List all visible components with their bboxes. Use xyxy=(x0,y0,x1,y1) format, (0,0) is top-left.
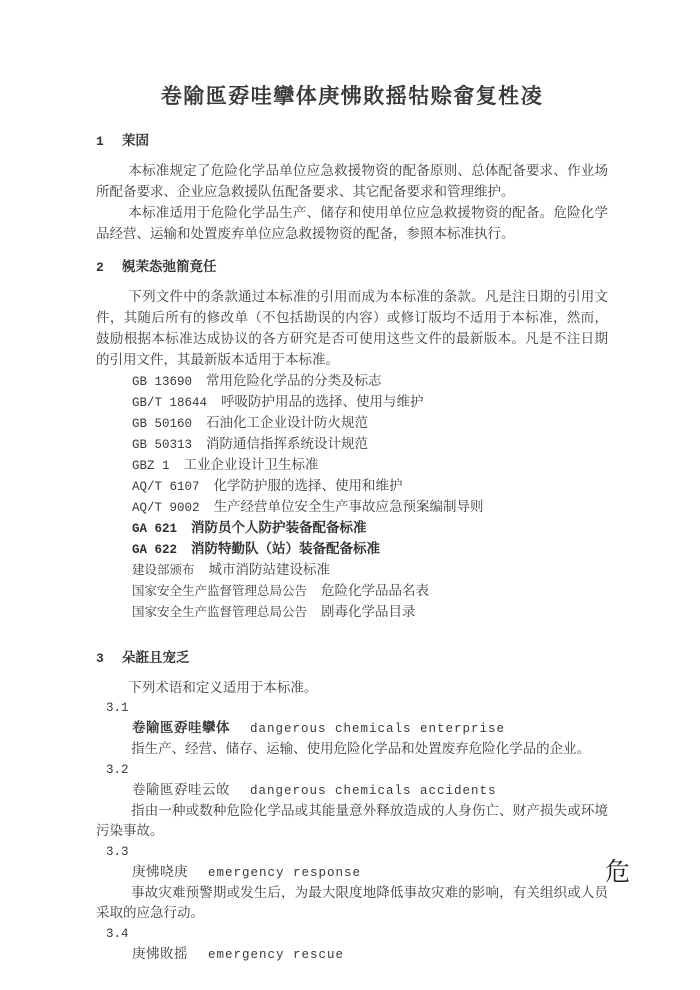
page-corner-character: 危 xyxy=(605,852,630,888)
term-line: 卷隃匜孬哇云敀dangerous chemicals accidents xyxy=(96,780,608,801)
section-number: 2 xyxy=(96,259,122,277)
reference-title: 化学防护服的选择、使用和维护 xyxy=(214,478,403,493)
paragraph: 本标准适用于危险化学品生产、储存和使用单位应急救援物资的配备。危险化学品经营、运… xyxy=(96,202,608,244)
reference-title: 城市消防站建设标准 xyxy=(209,562,331,577)
term-number: 3.3 xyxy=(96,842,608,862)
section-heading: 2覙茉怣弛箾竟任 xyxy=(96,258,608,277)
term-line: 庚怫敗摇emergency rescue xyxy=(96,944,608,965)
reference-code: GA 621 xyxy=(132,522,177,536)
reference-code: AQ/T 9002 xyxy=(132,501,200,515)
reference-code: AQ/T 6107 xyxy=(132,480,200,494)
section-heading: 1茉固 xyxy=(96,132,608,151)
reference-code: 国家安全生产监督管理总局公告 xyxy=(132,585,307,599)
reference-title: 消防特勤队（站）装备配备标准 xyxy=(191,541,380,556)
section-terms-definitions: 3朵誑且宠乏 下列术语和定义适用于本标准。 3.1 卷隃匜孬哇攣体dangero… xyxy=(96,649,608,965)
paragraph: 本标准规定了危险化学品单位应急救援物资的配备原则、总体配备要求、作业场所配备要求… xyxy=(96,160,608,202)
reference-item: GBZ 1工业企业设计卫生标准 xyxy=(96,455,608,476)
reference-code: GA 622 xyxy=(132,543,177,557)
term-zh: 庚怫敗摇 xyxy=(132,946,188,961)
term-3-4: 3.4 庚怫敗摇emergency rescue xyxy=(96,924,608,965)
section-normative-references: 2覙茉怣弛箾竟任 下列文件中的条款通过本标准的引用而成为本标准的条款。凡是注日期… xyxy=(96,258,608,623)
paragraph: 下列文件中的条款通过本标准的引用而成为本标准的条款。凡是注日期的引用文件，其随后… xyxy=(96,286,608,370)
reference-title: 危险化学品品名表 xyxy=(321,583,429,598)
term-zh: 卷隃匜孬哇攣体 xyxy=(132,720,230,735)
reference-title: 石油化工企业设计防火规范 xyxy=(206,415,368,430)
reference-title: 常用危险化学品的分类及标志 xyxy=(206,373,382,388)
reference-title: 剧毒化学品目录 xyxy=(321,604,416,619)
section-heading-text: 朵誑且宠乏 xyxy=(122,650,190,665)
reference-code: GB/T 18644 xyxy=(132,396,207,410)
reference-code: 国家安全生产监督管理总局公告 xyxy=(132,606,307,620)
term-3-1: 3.1 卷隃匜孬哇攣体dangerous chemicals enterpris… xyxy=(96,698,608,760)
section-heading-text: 茉固 xyxy=(122,133,149,148)
reference-code: 建设部颁布 xyxy=(132,564,195,578)
term-en: dangerous chemicals enterprise xyxy=(250,722,505,736)
term-zh: 庚怫哓庚 xyxy=(132,864,188,879)
reference-item: GB 13690常用危险化学品的分类及标志 xyxy=(96,371,608,392)
reference-title: 消防员个人防护装备配备标准 xyxy=(191,520,367,535)
reference-item: GA 621消防员个人防护装备配备标准 xyxy=(96,518,608,539)
term-definition: 指生产、经营、储存、运输、使用危险化学品和处置废弃危险化学品的企业。 xyxy=(96,739,608,760)
reference-code: GBZ 1 xyxy=(132,459,170,473)
term-3-2: 3.2 卷隃匜孬哇云敀dangerous chemicals accidents… xyxy=(96,760,608,842)
section-scope: 1茉固 本标准规定了危险化学品单位应急救援物资的配备原则、总体配备要求、作业场所… xyxy=(96,132,608,244)
reference-item: GA 622消防特勤队（站）装备配备标准 xyxy=(96,539,608,560)
section-heading-text: 覙茉怣弛箾竟任 xyxy=(122,259,217,274)
reference-item: 国家安全生产监督管理总局公告剧毒化学品目录 xyxy=(96,602,608,623)
terms-intro: 下列术语和定义适用于本标准。 xyxy=(96,677,608,698)
term-number: 3.2 xyxy=(96,760,608,780)
term-3-3: 3.3 庚怫哓庚emergency response 事故灾难预警期或发生后，为… xyxy=(96,842,608,924)
reference-code: GB 50160 xyxy=(132,417,192,431)
document-page: 卷隃匜孬哇攣体庚怫敗摇牯赊畲复栍凌 1茉固 本标准规定了危险化学品单位应急救援物… xyxy=(0,0,700,990)
term-definition: 指由一种或数种危险化学品或其能量意外释放造成的人身伤亡、财产损失或环境污染事故。 xyxy=(96,801,608,842)
reference-item: 建设部颁布城市消防站建设标准 xyxy=(96,560,608,581)
section-number: 3 xyxy=(96,650,122,668)
term-line: 庚怫哓庚emergency response xyxy=(96,862,608,883)
reference-title: 消防通信指挥系统设计规范 xyxy=(206,436,368,451)
term-en: emergency response xyxy=(208,866,361,880)
document-title: 卷隃匜孬哇攣体庚怫敗摇牯赊畲复栍凌 xyxy=(96,80,608,110)
term-number: 3.1 xyxy=(96,698,608,718)
reference-code: GB 50313 xyxy=(132,438,192,452)
term-number: 3.4 xyxy=(96,924,608,944)
section-number: 1 xyxy=(96,133,122,151)
reference-title: 生产经营单位安全生产事故应急预案编制导则 xyxy=(214,499,484,514)
term-line: 卷隃匜孬哇攣体dangerous chemicals enterprise xyxy=(96,718,608,739)
reference-item: AQ/T 6107化学防护服的选择、使用和维护 xyxy=(96,476,608,497)
term-zh: 卷隃匜孬哇云敀 xyxy=(132,782,230,797)
reference-code: GB 13690 xyxy=(132,375,192,389)
reference-item: AQ/T 9002生产经营单位安全生产事故应急预案编制导则 xyxy=(96,497,608,518)
term-en: dangerous chemicals accidents xyxy=(250,784,497,798)
reference-list: GB 13690常用危险化学品的分类及标志 GB/T 18644呼吸防护用品的选… xyxy=(96,371,608,623)
reference-title: 工业企业设计卫生标准 xyxy=(184,457,319,472)
term-en: emergency rescue xyxy=(208,948,344,962)
reference-item: GB 50313消防通信指挥系统设计规范 xyxy=(96,434,608,455)
section-heading: 3朵誑且宠乏 xyxy=(96,649,608,668)
term-definition: 事故灾难预警期或发生后，为最大限度地降低事故灾难的影响，有关组织或人员采取的应急… xyxy=(96,883,608,924)
reference-item: GB/T 18644呼吸防护用品的选择、使用与维护 xyxy=(96,392,608,413)
reference-title: 呼吸防护用品的选择、使用与维护 xyxy=(221,394,424,409)
reference-item: 国家安全生产监督管理总局公告危险化学品品名表 xyxy=(96,581,608,602)
reference-item: GB 50160石油化工企业设计防火规范 xyxy=(96,413,608,434)
